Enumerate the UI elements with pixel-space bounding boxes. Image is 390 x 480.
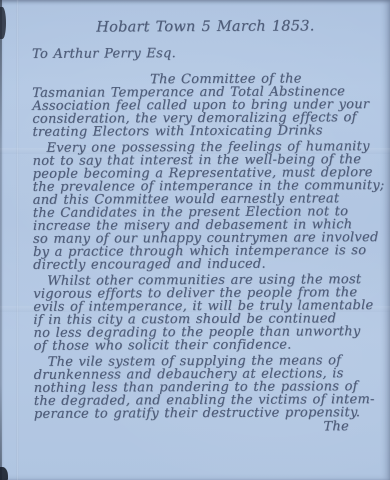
letter-line: perance to gratify their destructive pro… xyxy=(34,406,363,421)
letter-line: of those who solicit their confidence. xyxy=(34,338,363,353)
letter-salutation: To Arthur Perry Esq. xyxy=(32,46,361,62)
scanned-letter-page: Hobart Town 5 March 1853. To Arthur Perr… xyxy=(0,0,390,480)
letter-text: Hobart Town 5 March 1853. To Arthur Perr… xyxy=(0,0,390,480)
letter-line: directly encouraged and induced. xyxy=(33,257,362,272)
letter-dateline: Hobart Town 5 March 1853. xyxy=(32,19,361,36)
letter-body: The Committee of theTasmanian Temperance… xyxy=(32,72,363,421)
letter-catchword: The xyxy=(34,420,363,436)
letter-line: treating Electors with Intoxicating Drin… xyxy=(32,124,361,139)
